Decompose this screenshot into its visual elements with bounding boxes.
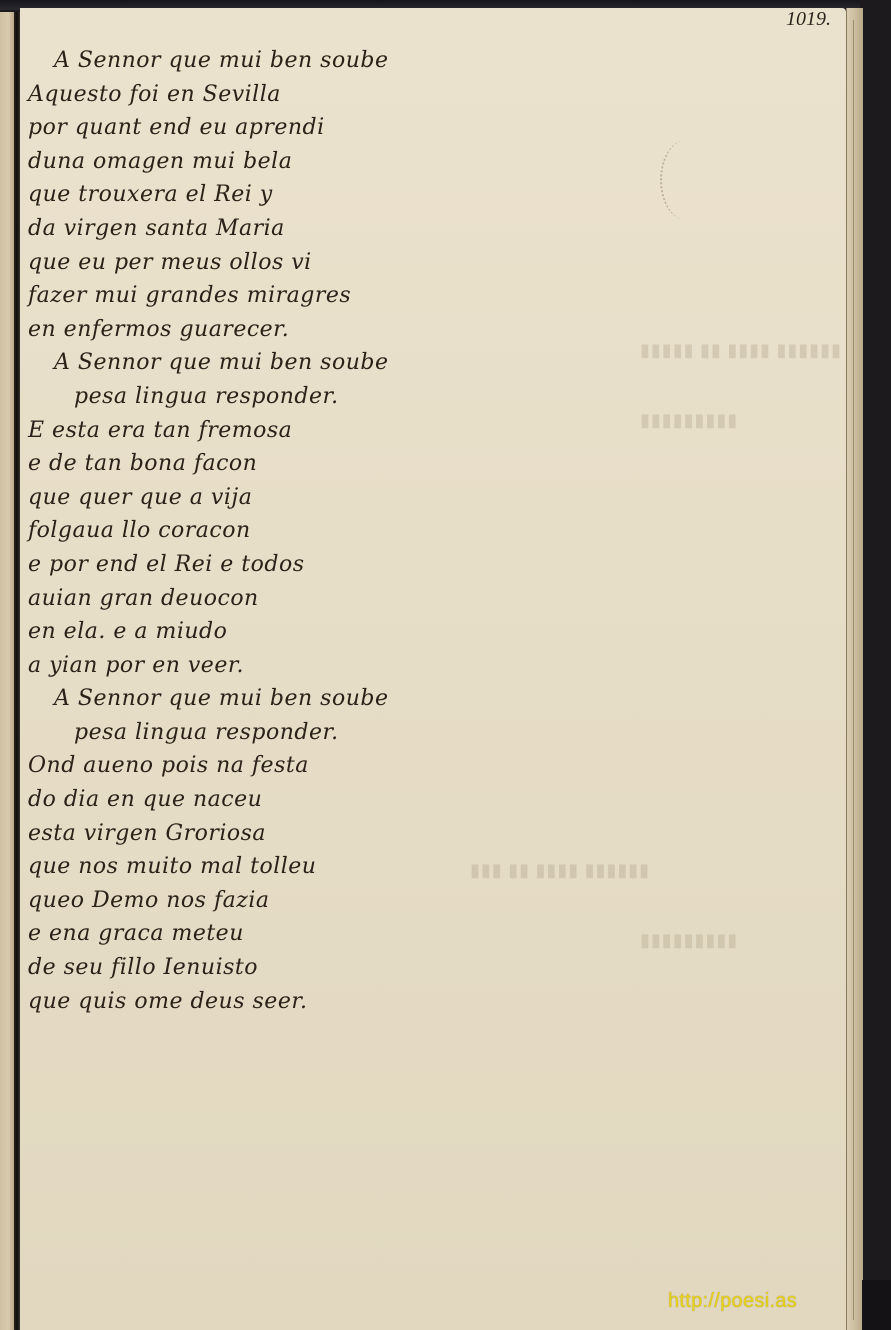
- poem-line: queo Demo nos fazia: [28, 884, 548, 918]
- folio-number: 1019.: [786, 8, 831, 31]
- page-stack-edge: [846, 8, 863, 1330]
- refrain-line: pesa lingua responder.: [28, 380, 548, 414]
- poem-line: a yian por en veer.: [28, 649, 548, 683]
- manuscript-scan: ▮▮▮▮▮ ▮▮ ▮▮▮▮ ▮▮▮▮▮▮ ▮▮▮▮▮▮▮▮▮ ▮▮▮ ▮▮ ▮▮…: [0, 0, 891, 1330]
- poem-line: que quis ome deus seer.: [28, 985, 548, 1019]
- poem-line: da virgen santa Maria: [28, 212, 548, 246]
- poem-line: que trouxera el Rei y: [28, 178, 548, 212]
- facing-page-edge: [0, 12, 14, 1330]
- show-through-text: ▮▮▮▮▮ ▮▮ ▮▮▮▮ ▮▮▮▮▮▮: [640, 340, 842, 361]
- show-through-text: ▮▮▮▮▮▮▮▮▮: [640, 410, 738, 431]
- poem-line: e de tan bona facon: [28, 447, 548, 481]
- paper-stain: [660, 140, 712, 220]
- refrain-line: A Sennor que mui ben soube: [28, 346, 548, 380]
- poem-line: Ond aueno pois na festa: [28, 749, 548, 783]
- poem-line: que eu per meus ollos vi: [28, 246, 548, 280]
- poem-line: de seu fillo Ienuisto: [28, 951, 548, 985]
- refrain-line: pesa lingua responder.: [28, 716, 548, 750]
- poem-line: en enfermos guarecer.: [28, 313, 548, 347]
- watermark-url: http://poesi.as: [668, 1290, 797, 1313]
- poem-line: E esta era tan fremosa: [28, 414, 548, 448]
- poem-line: esta virgen Groriosa: [28, 817, 548, 851]
- poem-line: do dia en que naceu: [28, 783, 548, 817]
- poem-line: auian gran deuocon: [28, 582, 548, 616]
- refrain-line: A Sennor que mui ben soube: [28, 682, 548, 716]
- show-through-text: ▮▮▮▮▮▮▮▮▮: [640, 930, 738, 951]
- poem-line: e por end el Rei e todos: [28, 548, 548, 582]
- poem-text: A Sennor que mui ben soubeAquesto foi en…: [28, 44, 548, 1018]
- poem-line: e ena graca meteu: [28, 917, 548, 951]
- page-edge-rule: [853, 20, 854, 1320]
- poem-line: que nos muito mal tolleu: [28, 850, 548, 884]
- poem-line: por quant end eu aprendi: [28, 111, 548, 145]
- book-cover-corner: [862, 1280, 891, 1330]
- poem-line: duna omagen mui bela: [28, 145, 548, 179]
- poem-line: Aquesto foi en Sevilla: [28, 78, 548, 112]
- poem-line: folgaua llo coracon: [28, 514, 548, 548]
- refrain-line: A Sennor que mui ben soube: [28, 44, 548, 78]
- poem-line: que quer que a vija: [28, 481, 548, 515]
- poem-line: en ela. e a miudo: [28, 615, 548, 649]
- poem-line: fazer mui grandes miragres: [28, 279, 548, 313]
